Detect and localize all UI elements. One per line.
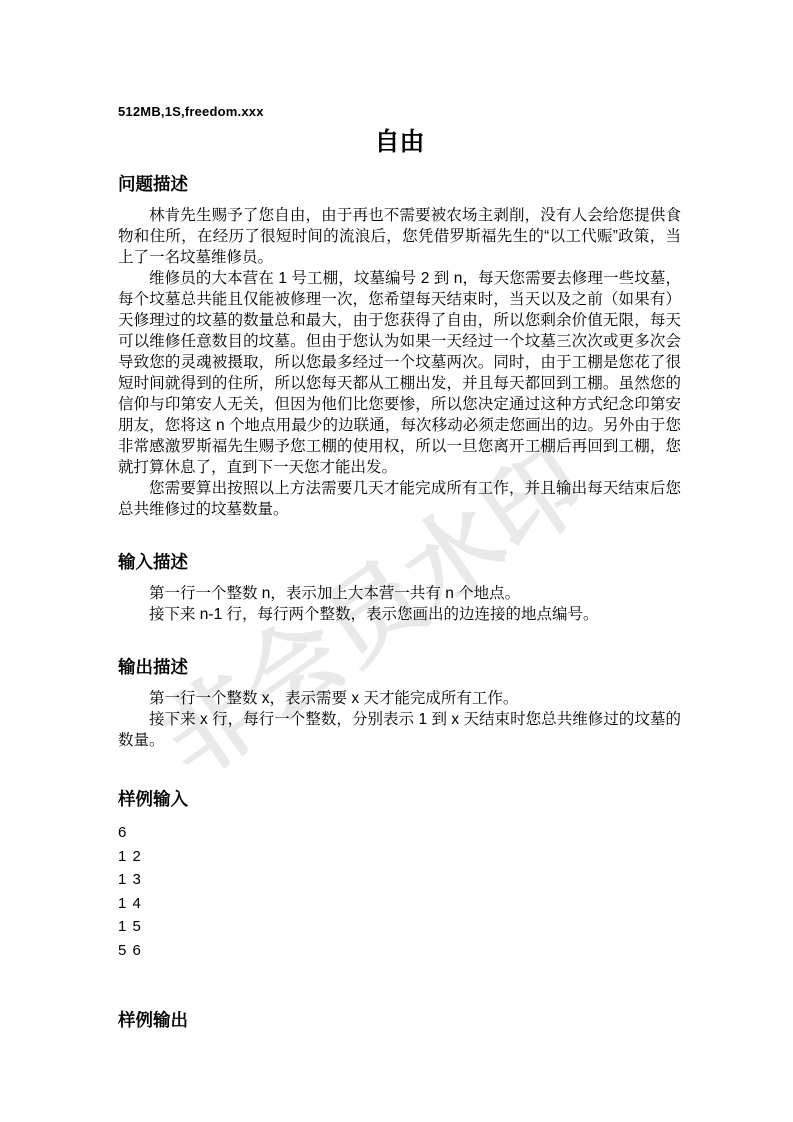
sample-input-line: 5 6 <box>118 939 681 963</box>
sample-input-line: 1 5 <box>118 915 681 939</box>
document-page: 非会员水印 512MB,1S,freedom.xxx 自由 问题描述 林肯先生赐… <box>0 0 793 1122</box>
section-heading-sample-input: 样例输入 <box>118 788 681 811</box>
page-title: 自由 <box>118 127 681 157</box>
section-heading-output: 输出描述 <box>118 656 681 679</box>
output-desc-line: 接下来 x 行，每行一个整数，分别表示 1 到 x 天结束时您总共维修过的坟墓的… <box>118 709 681 751</box>
input-description: 第一行一个整数 n，表示加上大本营一共有 n 个地点。 接下来 n-1 行，每行… <box>118 583 681 625</box>
sample-input-line: 6 <box>118 821 681 845</box>
problem-description: 林肯先生赐予了您自由，由于再也不需要被农场主剥削，没有人会给您提供食物和住所，在… <box>118 205 681 520</box>
section-heading-sample-output: 样例输出 <box>118 1009 681 1032</box>
output-description: 第一行一个整数 x，表示需要 x 天才能完成所有工作。 接下来 x 行，每行一个… <box>118 688 681 751</box>
document-content: 512MB,1S,freedom.xxx 自由 问题描述 林肯先生赐予了您自由，… <box>0 0 793 1032</box>
sample-input-line: 1 3 <box>118 868 681 892</box>
paragraph: 您需要算出按照以上方法需要几天才能完成所有工作，并且输出每天结束后您总共维修过的… <box>118 478 681 520</box>
output-desc-line: 第一行一个整数 x，表示需要 x 天才能完成所有工作。 <box>118 688 681 709</box>
sample-input-line: 1 4 <box>118 892 681 916</box>
file-info-header: 512MB,1S,freedom.xxx <box>118 103 681 120</box>
input-desc-line: 第一行一个整数 n，表示加上大本营一共有 n 个地点。 <box>118 583 681 604</box>
section-heading-input: 输入描述 <box>118 551 681 574</box>
section-heading-problem: 问题描述 <box>118 173 681 196</box>
paragraph: 林肯先生赐予了您自由，由于再也不需要被农场主剥削，没有人会给您提供食物和住所，在… <box>118 205 681 268</box>
sample-input-block: 6 1 2 1 3 1 4 1 5 5 6 <box>118 821 681 962</box>
sample-input-line: 1 2 <box>118 845 681 869</box>
paragraph: 维修员的大本营在 1 号工棚，坟墓编号 2 到 n，每天您需要去修理一些坟墓，每… <box>118 268 681 478</box>
input-desc-line: 接下来 n-1 行，每行两个整数，表示您画出的边连接的地点编号。 <box>118 604 681 625</box>
